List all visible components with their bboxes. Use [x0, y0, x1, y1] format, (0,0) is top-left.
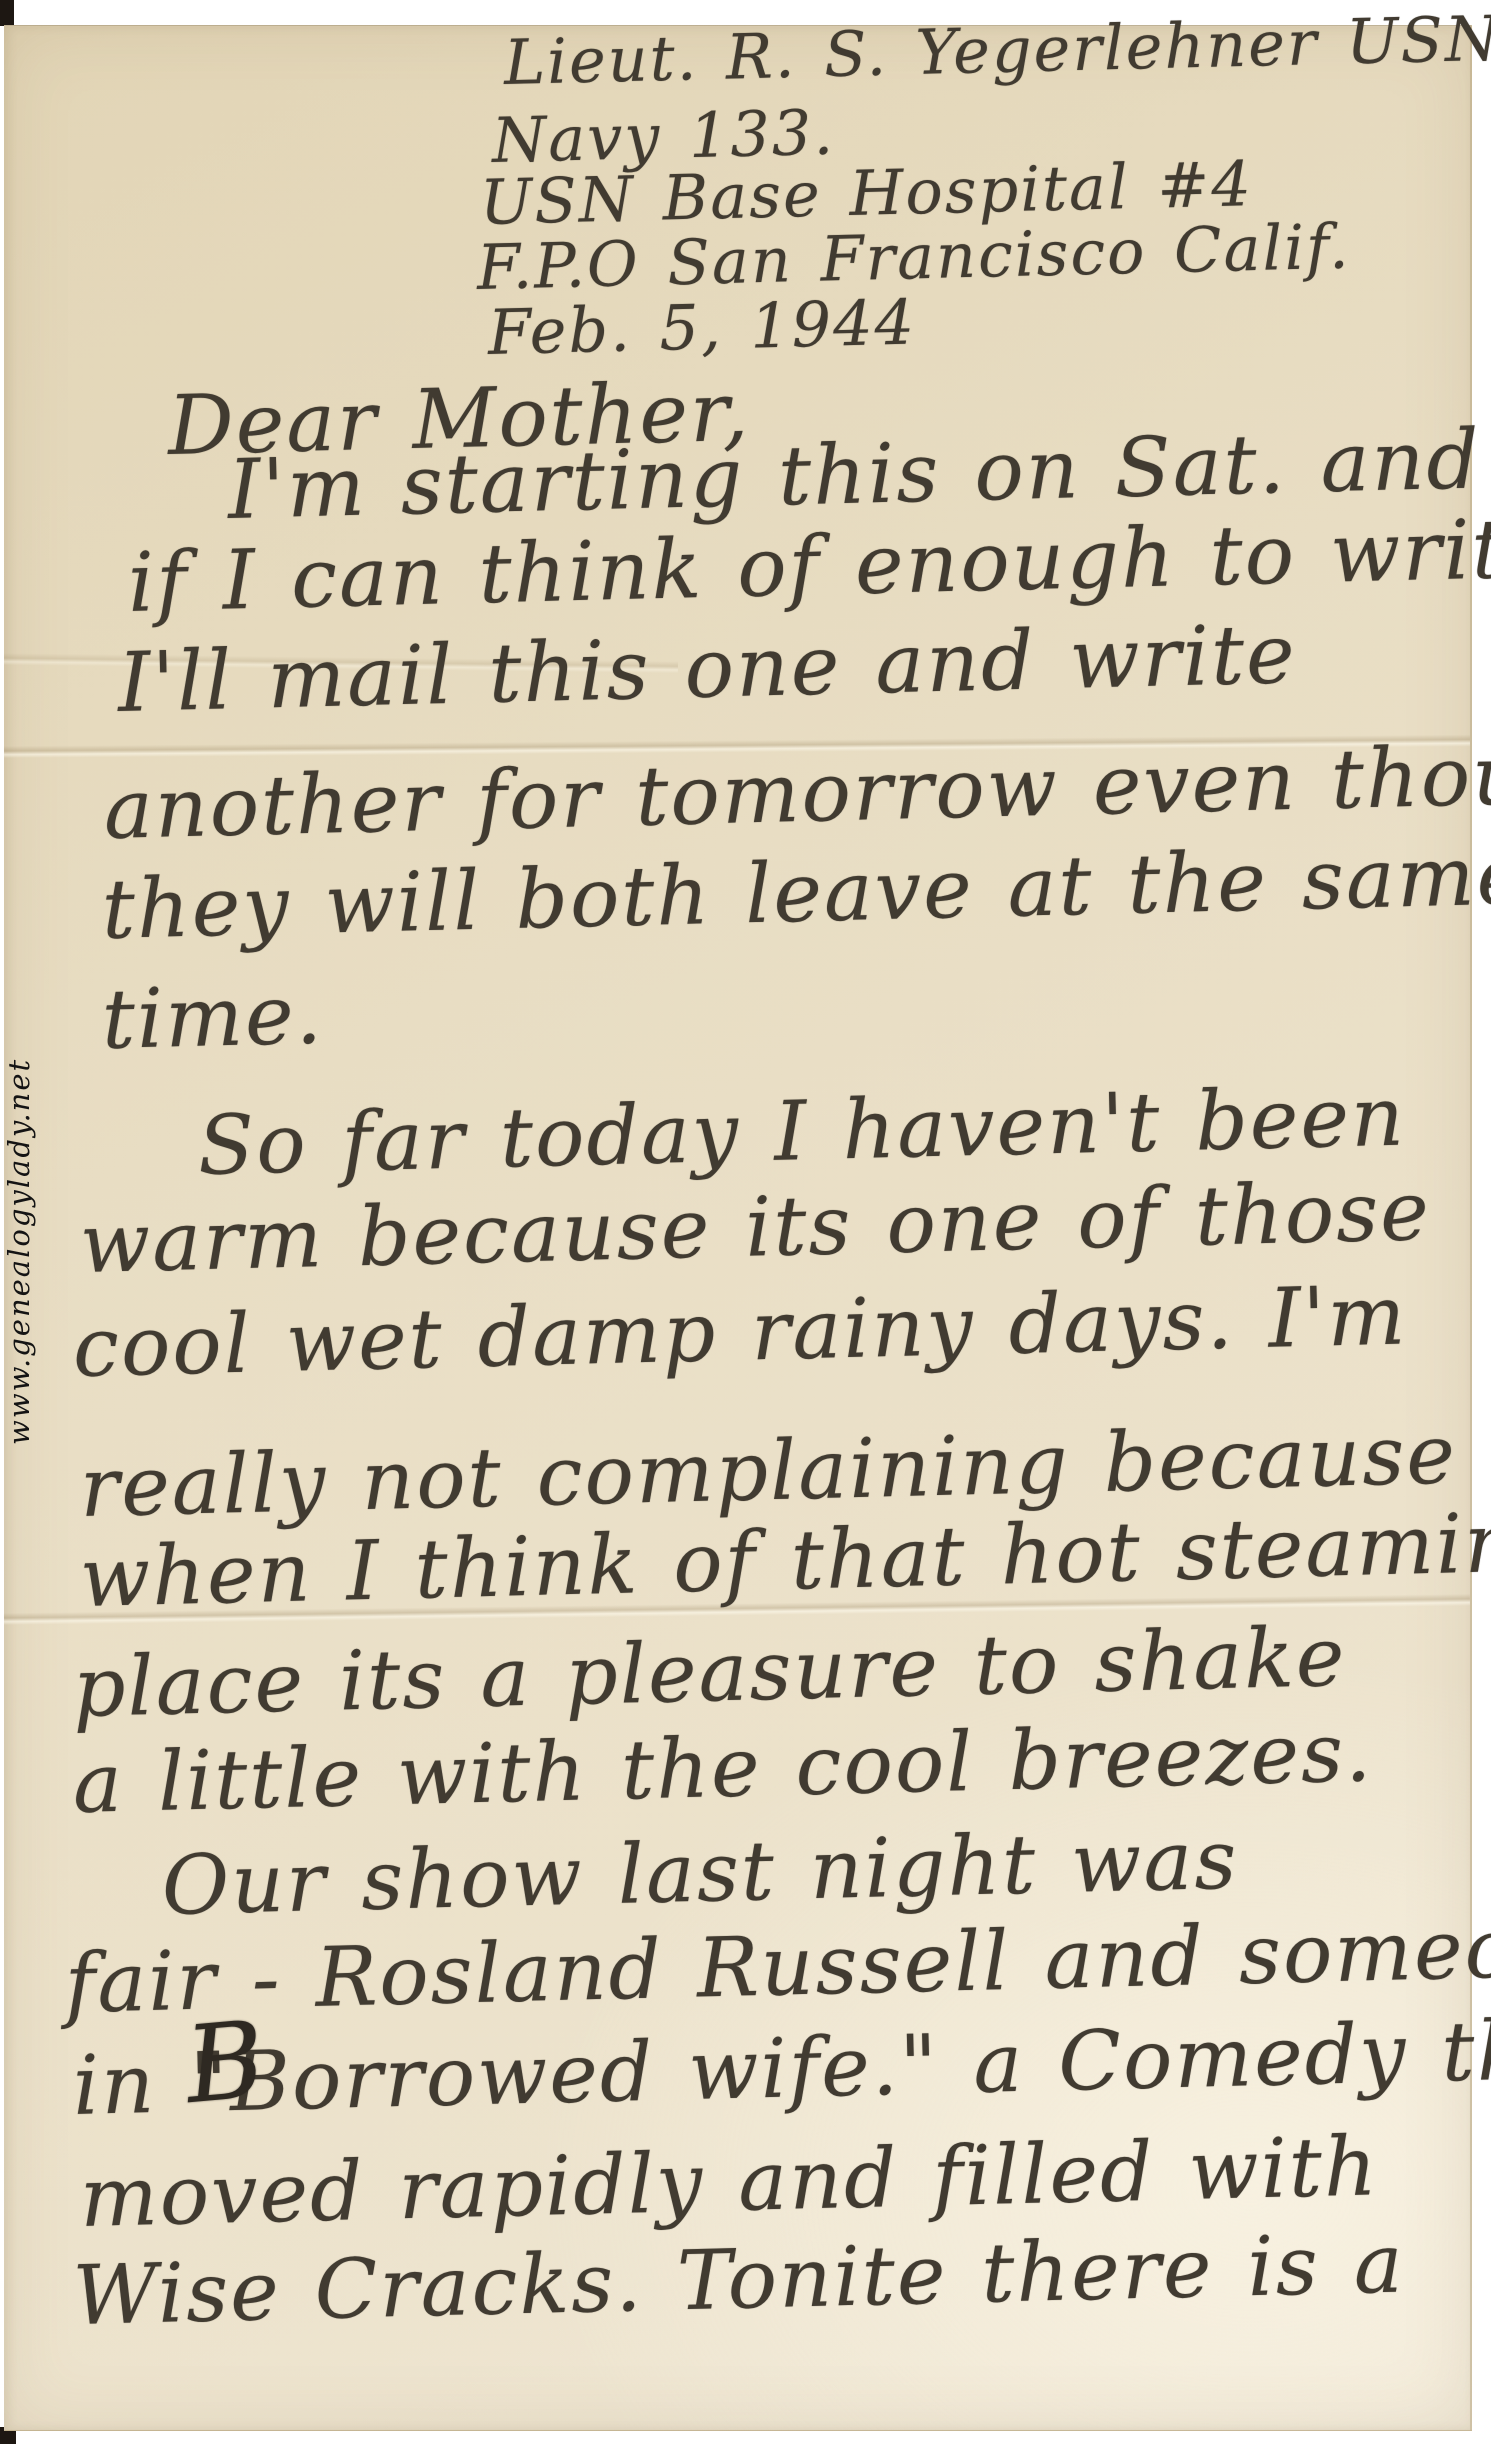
header-line-date: Feb. 5, 1944 — [487, 286, 917, 369]
letter-line: time. — [101, 968, 325, 1068]
scanned-letter: Lieut. R. S. Yegerlehner USNR Navy 133. … — [0, 0, 1491, 2444]
ink-correction-overwrite: B — [181, 1998, 269, 2127]
scan-corner-mark-top-left — [0, 0, 14, 26]
letter-line: cool wet damp rainy days. I'm — [72, 1268, 1408, 1396]
watermark-text: www.genealogylady.net — [2, 1035, 36, 1445]
letter-paper: Lieut. R. S. Yegerlehner USNR Navy 133. … — [4, 25, 1472, 2431]
header-line-name: Lieut. R. S. Yegerlehner USNR — [503, 0, 1491, 99]
